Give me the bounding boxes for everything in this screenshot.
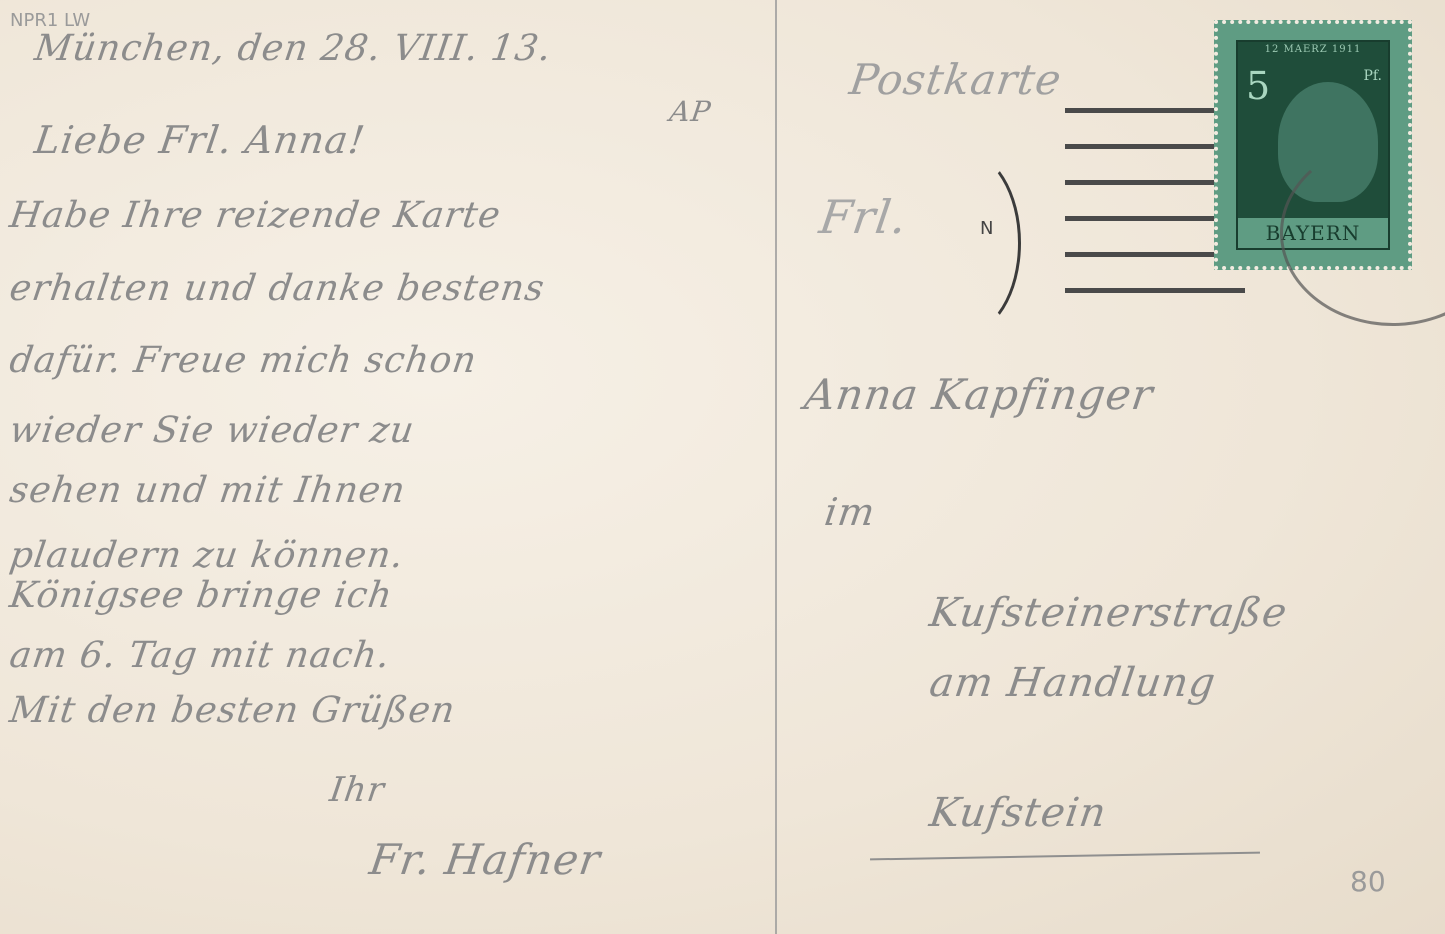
annotation: AP [668, 95, 714, 128]
message-line: Habe Ihre reizende Karte [7, 195, 503, 236]
postmark-arc-left [905, 150, 1021, 336]
center-divider [775, 0, 777, 934]
closing: Ihr [327, 770, 387, 810]
recipient-name: Anna Kapfinger [802, 370, 1157, 419]
postmark-letter: N [980, 218, 993, 239]
address-city: Kufstein [927, 790, 1110, 836]
message-line: am 6. Tag mit nach. [7, 635, 393, 676]
recipient-preposition: im [822, 490, 878, 534]
message-line: dafür. Freue mich schon [7, 340, 479, 381]
message-line: plaudern zu können. [7, 535, 407, 576]
message-line: sehen und mit Ihnen [7, 470, 408, 511]
postcard: NPR1 LW München, den 28. VIII. 13. AP Li… [0, 0, 1445, 934]
message-line: erhalten und danke bestens [7, 268, 547, 309]
signature: Fr. Hafner [367, 835, 604, 884]
message-line: wieder Sie wieder zu [7, 410, 417, 451]
stamp-value: 5 [1246, 64, 1270, 108]
dateline: München, den 28. VIII. 13. [32, 28, 554, 69]
stamp-date: 12 MAERZ 1911 [1238, 44, 1388, 55]
message-line: Königsee bringe ich [7, 575, 395, 616]
address-line-1: Kufsteinerstraße [927, 590, 1291, 636]
address-underline [870, 852, 1260, 861]
postkarte-heading: Postkarte [847, 55, 1065, 104]
recipient-title: Frl. [816, 190, 911, 244]
salutation: Liebe Frl. Anna! [32, 118, 368, 162]
stamp-unit: Pf. [1363, 68, 1382, 84]
archive-number: 80 [1350, 865, 1386, 898]
message-line: Mit den besten Grüßen [7, 690, 458, 731]
address-line-2: am Handlung [927, 660, 1219, 706]
